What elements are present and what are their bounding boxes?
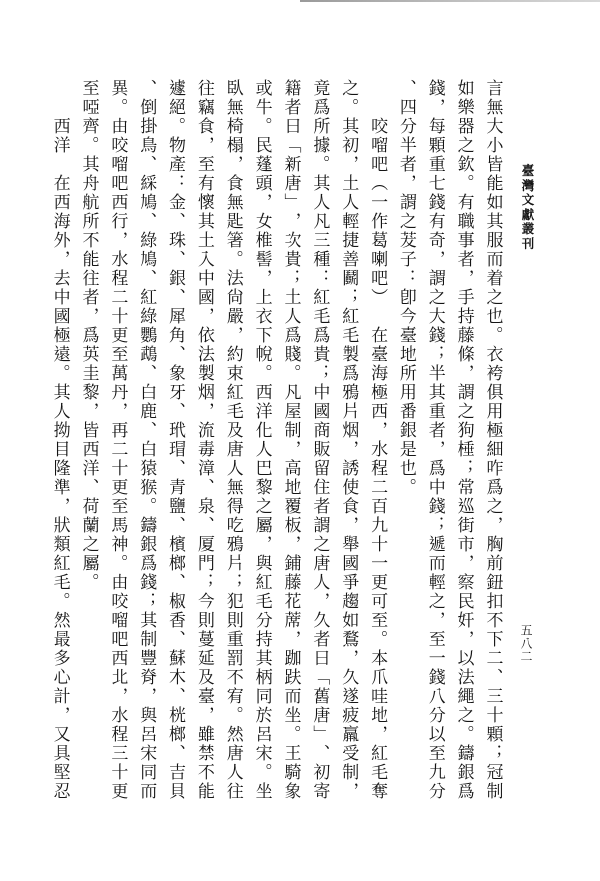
glyph: ； xyxy=(136,591,155,610)
glyph: 唐 xyxy=(309,553,328,572)
entry-column-jakarta: 咬𠺕吧（一作葛喇吧） 在臺海極西，水程二百九十一更可至。本爪哇地，紅毛奪 xyxy=(367,78,386,800)
glyph: 八 xyxy=(425,686,444,705)
entry-column-western-ocean: 西洋 在西海外，去中國極遠。其人拗目隆準，狀類紅毛。然最多心計，又具堅忍 xyxy=(50,78,69,800)
glyph: 大 xyxy=(483,116,502,135)
scan-edge xyxy=(300,0,600,2)
glyph: 榔 xyxy=(165,553,184,572)
glyph: 錢 xyxy=(425,78,444,97)
glyph: 賤 xyxy=(280,344,299,363)
glyph: 外 xyxy=(50,230,69,249)
glyph: 土 xyxy=(280,287,299,306)
glyph: 二 xyxy=(107,439,126,458)
glyph: 今 xyxy=(194,591,213,610)
glyph: 物 xyxy=(165,135,184,154)
glyph: ； xyxy=(223,572,242,591)
glyph: 珠 xyxy=(165,230,184,249)
glyph: 綠 xyxy=(136,230,155,249)
glyph: 分 xyxy=(396,116,415,135)
glyph: 嚴 xyxy=(223,306,242,325)
glyph: 堅 xyxy=(50,762,69,781)
glyph: 細 xyxy=(483,439,502,458)
glyph: 毛 xyxy=(223,401,242,420)
glyph: 以 xyxy=(425,724,444,743)
glyph: 其 xyxy=(78,154,97,173)
glyph: 所 xyxy=(78,211,97,230)
glyph: 着 xyxy=(483,268,502,287)
glyph: 爪 xyxy=(367,667,386,686)
glyph: 、 xyxy=(165,629,184,648)
glyph: 紅 xyxy=(338,306,357,325)
glyph: 次 xyxy=(280,230,299,249)
glyph: 齊 xyxy=(78,116,97,135)
glyph: 謂 xyxy=(309,515,328,534)
glyph: 狗 xyxy=(454,420,473,439)
glyph: 人 xyxy=(309,192,328,211)
glyph: 制 xyxy=(280,420,299,439)
glyph: 其 xyxy=(338,116,357,135)
glyph: 貝 xyxy=(165,781,184,800)
glyph: 片 xyxy=(223,553,242,572)
glyph: 遽 xyxy=(165,78,184,97)
glyph: 羸 xyxy=(338,724,357,743)
glyph: 商 xyxy=(309,420,328,439)
glyph: 衣 xyxy=(483,344,502,363)
glyph: 。 xyxy=(136,496,155,515)
glyph: 玳 xyxy=(165,420,184,439)
glyph: 其 xyxy=(252,648,271,667)
glyph: 、 xyxy=(136,154,155,173)
glyph: 久 xyxy=(309,610,328,629)
glyph: 海 xyxy=(50,211,69,230)
glyph: 謂 xyxy=(454,382,473,401)
glyph: ， xyxy=(280,439,299,458)
glyph: 土 xyxy=(338,173,357,192)
glyph: 、 xyxy=(396,78,415,97)
glyph: 凡 xyxy=(309,211,328,230)
glyph: 初 xyxy=(309,762,328,781)
glyph: ， xyxy=(367,724,386,743)
glyph: 西 xyxy=(50,116,69,135)
glyph: 皆 xyxy=(483,154,502,173)
glyph: 得 xyxy=(223,496,242,515)
glyph: 紅 xyxy=(223,382,242,401)
glyph: 鳩 xyxy=(136,192,155,211)
glyph: 爲 xyxy=(136,553,155,572)
glyph: 脊 xyxy=(136,667,155,686)
glyph: 服 xyxy=(483,230,502,249)
glyph: 錢 xyxy=(425,325,444,344)
glyph: 。 xyxy=(309,154,328,173)
glyph: 毛 xyxy=(309,306,328,325)
glyph: ， xyxy=(223,325,242,344)
glyph: 以 xyxy=(454,648,473,667)
glyph: 化 xyxy=(252,420,271,439)
glyph: ， xyxy=(454,553,473,572)
glyph: 手 xyxy=(454,287,473,306)
glyph: 受 xyxy=(338,743,357,762)
glyph: 不 xyxy=(78,230,97,249)
glyph: 人 xyxy=(223,458,242,477)
glyph: 用 xyxy=(396,382,415,401)
glyph: ； xyxy=(425,515,444,534)
glyph: 計 xyxy=(50,686,69,705)
glyph: 持 xyxy=(252,629,271,648)
glyph: 。 xyxy=(78,572,97,591)
glyph: 十 xyxy=(367,534,386,553)
glyph: 神 xyxy=(107,534,126,553)
glyph: ， xyxy=(309,591,328,610)
glyph: 榔 xyxy=(165,724,184,743)
glyph: 高 xyxy=(280,458,299,477)
glyph: 吉 xyxy=(165,762,184,781)
glyph: 無 xyxy=(223,192,242,211)
glyph: 所 xyxy=(309,116,328,135)
text-column: 或牛。民蓬頭，女椎髻，上衣下帨。西洋化人巴黎之屬，與紅毛分持其柄同於呂宋。坐 xyxy=(252,78,271,800)
glyph: 據 xyxy=(309,135,328,154)
glyph: 奪 xyxy=(367,781,386,800)
glyph: 。 xyxy=(165,116,184,135)
glyph: 最 xyxy=(50,629,69,648)
text-column: 如樂器之欽。有職事者，手持藤條，謂之狗棰；常巡街市，察民奸，以法繩之。鑄銀爲 xyxy=(454,78,473,800)
glyph: 竊 xyxy=(194,97,213,116)
glyph: 者 xyxy=(78,287,97,306)
glyph: 絕 xyxy=(165,97,184,116)
glyph: 之 xyxy=(454,705,473,724)
glyph: 、 xyxy=(483,667,502,686)
entry-heading: 咬𠺕吧（一作葛喇吧） xyxy=(367,116,386,306)
glyph: 爲 xyxy=(425,458,444,477)
glyph: 。 xyxy=(367,629,386,648)
glyph: ， xyxy=(107,401,126,420)
glyph: 住 xyxy=(309,477,328,496)
glyph: 久 xyxy=(338,667,357,686)
glyph: 坐 xyxy=(280,705,299,724)
glyph: ， xyxy=(338,648,357,667)
glyph: ， xyxy=(425,249,444,268)
glyph: ， xyxy=(280,629,299,648)
glyph: 而 xyxy=(425,553,444,572)
glyph: 舟 xyxy=(78,173,97,192)
text-column: 往竊食，至有懷其土入中國，依法製烟，流毒漳、泉、厦門；今則蔓延及臺，雖禁不能 xyxy=(194,78,213,800)
glyph: 下 xyxy=(252,325,271,344)
glyph: ； xyxy=(280,268,299,287)
glyph: 用 xyxy=(483,401,502,420)
glyph: ； xyxy=(194,572,213,591)
glyph: 言 xyxy=(483,78,502,97)
glyph: 貴 xyxy=(309,344,328,363)
glyph: 上 xyxy=(252,287,271,306)
glyph: 匙 xyxy=(223,211,242,230)
glyph: 類 xyxy=(50,534,69,553)
glyph: 如 xyxy=(454,78,473,97)
glyph: 、 xyxy=(165,686,184,705)
glyph: 爲 xyxy=(309,97,328,116)
glyph: 其 xyxy=(194,211,213,230)
glyph: 烟 xyxy=(194,382,213,401)
glyph: 忍 xyxy=(50,781,69,800)
glyph: 呂 xyxy=(136,724,155,743)
glyph: 程 xyxy=(367,458,386,477)
glyph: ， xyxy=(454,629,473,648)
glyph: 鑄 xyxy=(136,515,155,534)
glyph: 謂 xyxy=(425,268,444,287)
glyph: 、 xyxy=(165,401,184,420)
glyph: 一 xyxy=(367,192,386,211)
glyph: 依 xyxy=(194,325,213,344)
glyph: ） xyxy=(367,287,386,306)
glyph: ： xyxy=(396,268,415,287)
glyph: 鸚 xyxy=(136,325,155,344)
glyph: ， xyxy=(454,268,473,287)
glyph: 叢 xyxy=(520,221,534,236)
glyph: 半 xyxy=(425,363,444,382)
glyph: 毛 xyxy=(338,325,357,344)
glyph: 王 xyxy=(280,743,299,762)
glyph: 由 xyxy=(107,572,126,591)
glyph: 蘇 xyxy=(165,648,184,667)
glyph: 至 xyxy=(194,154,213,173)
glyph: ， xyxy=(107,230,126,249)
text-column: 籍者曰「新唐」，次貴；土人爲賤。凡屋制，高地覆板，鋪藤花蓆，跏趺而坐。王騎象 xyxy=(280,78,299,800)
glyph: 文 xyxy=(520,192,534,207)
glyph: 角 xyxy=(165,325,184,344)
glyph: 臺 xyxy=(367,344,386,363)
glyph: 如 xyxy=(338,610,357,629)
glyph: 北 xyxy=(107,667,126,686)
glyph: 奇 xyxy=(425,230,444,249)
glyph: 之 xyxy=(78,534,97,553)
glyph: 吧 xyxy=(367,268,386,287)
glyph: 而 xyxy=(483,249,502,268)
glyph: 是 xyxy=(396,439,415,458)
glyph: 椅 xyxy=(223,116,242,135)
text-column: 異。由咬𠺕吧西行，水程二十更至萬丹，再二十更至馬神。由咬𠺕吧西北，水程三十更 xyxy=(107,78,126,800)
glyph: 西 xyxy=(50,192,69,211)
glyph: 者 xyxy=(425,420,444,439)
glyph: ， xyxy=(338,154,357,173)
glyph: 無 xyxy=(483,97,502,116)
glyph: 西 xyxy=(367,401,386,420)
glyph: ， xyxy=(280,211,299,230)
glyph: 在 xyxy=(367,325,386,344)
glyph: 、 xyxy=(136,420,155,439)
glyph: 隆 xyxy=(50,458,69,477)
glyph: 跏 xyxy=(280,648,299,667)
glyph: 」 xyxy=(280,192,299,211)
glyph: ， xyxy=(252,268,271,287)
glyph: 常 xyxy=(454,477,473,496)
glyph: 。 xyxy=(338,97,357,116)
glyph: 爭 xyxy=(338,572,357,591)
glyph: 更 xyxy=(107,325,126,344)
glyph: 吃 xyxy=(223,515,242,534)
glyph: 猴 xyxy=(136,477,155,496)
glyph: 者 xyxy=(280,97,299,116)
glyph: 所 xyxy=(396,363,415,382)
glyph: 其 xyxy=(50,382,69,401)
glyph: 地 xyxy=(367,705,386,724)
glyph: 國 xyxy=(309,401,328,420)
glyph: 中 xyxy=(50,287,69,306)
glyph: 半 xyxy=(396,135,415,154)
glyph: 制 xyxy=(136,629,155,648)
glyph: ， xyxy=(136,686,155,705)
glyph: 犀 xyxy=(165,306,184,325)
glyph: 其 xyxy=(425,382,444,401)
glyph: 行 xyxy=(107,211,126,230)
glyph: 寄 xyxy=(309,781,328,800)
glyph: 番 xyxy=(396,401,415,420)
glyph: ， xyxy=(194,705,213,724)
glyph: 葛 xyxy=(367,230,386,249)
glyph: 流 xyxy=(194,420,213,439)
glyph: 、 xyxy=(136,268,155,287)
glyph: 也 xyxy=(396,458,415,477)
glyph: 曰 xyxy=(309,648,328,667)
glyph: 之 xyxy=(454,401,473,420)
glyph: 於 xyxy=(252,705,271,724)
glyph: 中 xyxy=(194,268,213,287)
glyph: 板 xyxy=(280,515,299,534)
glyph: 、 xyxy=(165,287,184,306)
glyph: 捷 xyxy=(338,230,357,249)
glyph: 分 xyxy=(425,705,444,724)
glyph: 鴉 xyxy=(223,534,242,553)
glyph: 藤 xyxy=(280,572,299,591)
glyph: 銀 xyxy=(396,420,415,439)
glyph: 獻 xyxy=(520,207,534,222)
glyph: 然 xyxy=(223,724,242,743)
glyph: 懷 xyxy=(194,192,213,211)
glyph: 鴉 xyxy=(338,382,357,401)
text-column: 臥無椅榻，食無匙箸。法尙嚴，約束紅毛及唐人無得吃鴉片；犯則重罰不宥。然唐人往 xyxy=(223,78,242,800)
glyph: 坐 xyxy=(252,781,271,800)
column-text: 、四分半者，謂之茇子：卽今臺地所用番銀是也。 xyxy=(396,78,415,496)
glyph: 洋 xyxy=(252,401,271,420)
glyph: 髻 xyxy=(252,249,271,268)
glyph: 多 xyxy=(50,648,69,667)
glyph: ， xyxy=(280,534,299,553)
glyph: 更 xyxy=(107,477,126,496)
glyph: 心 xyxy=(50,667,69,686)
glyph: 之 xyxy=(483,496,502,515)
glyph: 茇 xyxy=(396,230,415,249)
glyph: 覆 xyxy=(280,496,299,515)
glyph: 束 xyxy=(223,363,242,382)
glyph: 花 xyxy=(280,591,299,610)
glyph: 豐 xyxy=(136,648,155,667)
glyph: 女 xyxy=(252,211,271,230)
glyph: 紅 xyxy=(252,572,271,591)
glyph: 毛 xyxy=(252,591,271,610)
glyph: ， xyxy=(78,401,97,420)
glyph: 三 xyxy=(309,230,328,249)
glyph: 西 xyxy=(252,382,271,401)
glyph: 柄 xyxy=(252,667,271,686)
glyph: 能 xyxy=(194,781,213,800)
glyph: 。 xyxy=(252,762,271,781)
glyph: 咬 xyxy=(107,135,126,154)
glyph: 能 xyxy=(483,173,502,192)
glyph: 三 xyxy=(483,686,502,705)
column-text: 在臺海極西，水程二百九十一更可至。本爪哇地，紅毛奪 xyxy=(367,325,386,800)
glyph: 椒 xyxy=(165,591,184,610)
glyph: 由 xyxy=(107,116,126,135)
glyph: 舉 xyxy=(338,534,357,553)
glyph: ， xyxy=(483,515,502,534)
glyph: 、 xyxy=(165,515,184,534)
glyph: 呂 xyxy=(252,724,271,743)
glyph: ， xyxy=(367,420,386,439)
glyph: 目 xyxy=(50,439,69,458)
glyph: 往 xyxy=(223,781,242,800)
glyph: 。 xyxy=(223,249,242,268)
glyph: 一 xyxy=(425,648,444,667)
column-text: 之。其初，土人輕捷善鬬；紅毛製爲鴉片烟，誘使食，舉國爭趨如鶩，久遂疲羸受制， xyxy=(338,78,357,800)
glyph: 法 xyxy=(194,344,213,363)
glyph: 。 xyxy=(78,135,97,154)
text-column: 、倒掛鳥、綵鳩、綠鳩、紅綠鸚鵡、白鹿、白猿猴。鑄銀爲錢；其制豐脊，與呂宋同而 xyxy=(136,78,155,800)
glyph: ， xyxy=(194,401,213,420)
glyph: 本 xyxy=(367,648,386,667)
glyph: 。 xyxy=(252,116,271,135)
glyph: （ xyxy=(367,173,386,192)
glyph: 又 xyxy=(50,724,69,743)
glyph: 馬 xyxy=(107,515,126,534)
glyph: 宋 xyxy=(136,743,155,762)
glyph: 之 xyxy=(252,496,271,515)
glyph: 烟 xyxy=(338,420,357,439)
glyph: 、 xyxy=(165,743,184,762)
glyph: 則 xyxy=(223,610,242,629)
glyph: 人 xyxy=(252,439,271,458)
glyph: 。 xyxy=(396,477,415,496)
glyph: ， xyxy=(194,306,213,325)
glyph: 衣 xyxy=(252,306,271,325)
glyph: 趨 xyxy=(338,591,357,610)
glyph: 銀 xyxy=(136,534,155,553)
glyph: 」 xyxy=(309,724,328,743)
glyph: 椎 xyxy=(252,230,271,249)
glyph: 咬 xyxy=(367,116,386,135)
glyph: 臺 xyxy=(194,686,213,705)
glyph: 萬 xyxy=(107,363,126,382)
glyph: 重 xyxy=(425,401,444,420)
glyph: ， xyxy=(425,97,444,116)
glyph: 𠺕 xyxy=(367,135,386,154)
glyph: 猿 xyxy=(136,458,155,477)
glyph: 再 xyxy=(107,420,126,439)
glyph: 香 xyxy=(165,610,184,629)
column-text: 在西海外，去中國極遠。其人拗目隆準，狀類紅毛。然最多心計，又具堅忍 xyxy=(50,173,69,800)
glyph: 水 xyxy=(107,249,126,268)
glyph: 食 xyxy=(194,116,213,135)
glyph: 鳥 xyxy=(136,135,155,154)
glyph: 掛 xyxy=(136,116,155,135)
glyph: 「 xyxy=(280,135,299,154)
glyph: 而 xyxy=(280,686,299,705)
glyph: 者 xyxy=(309,629,328,648)
glyph: 圭 xyxy=(78,363,97,382)
glyph: 、 xyxy=(136,78,155,97)
column-text: 籍者曰「新唐」，次貴；土人爲賤。凡屋制，高地覆板，鋪藤花蓆，跏趺而坐。王騎象 xyxy=(280,78,299,800)
glyph: 白 xyxy=(136,382,155,401)
glyph: 、 xyxy=(136,363,155,382)
glyph: 及 xyxy=(194,667,213,686)
glyph: 巴 xyxy=(252,458,271,477)
glyph: ， xyxy=(50,249,69,268)
glyph: ； xyxy=(454,458,473,477)
